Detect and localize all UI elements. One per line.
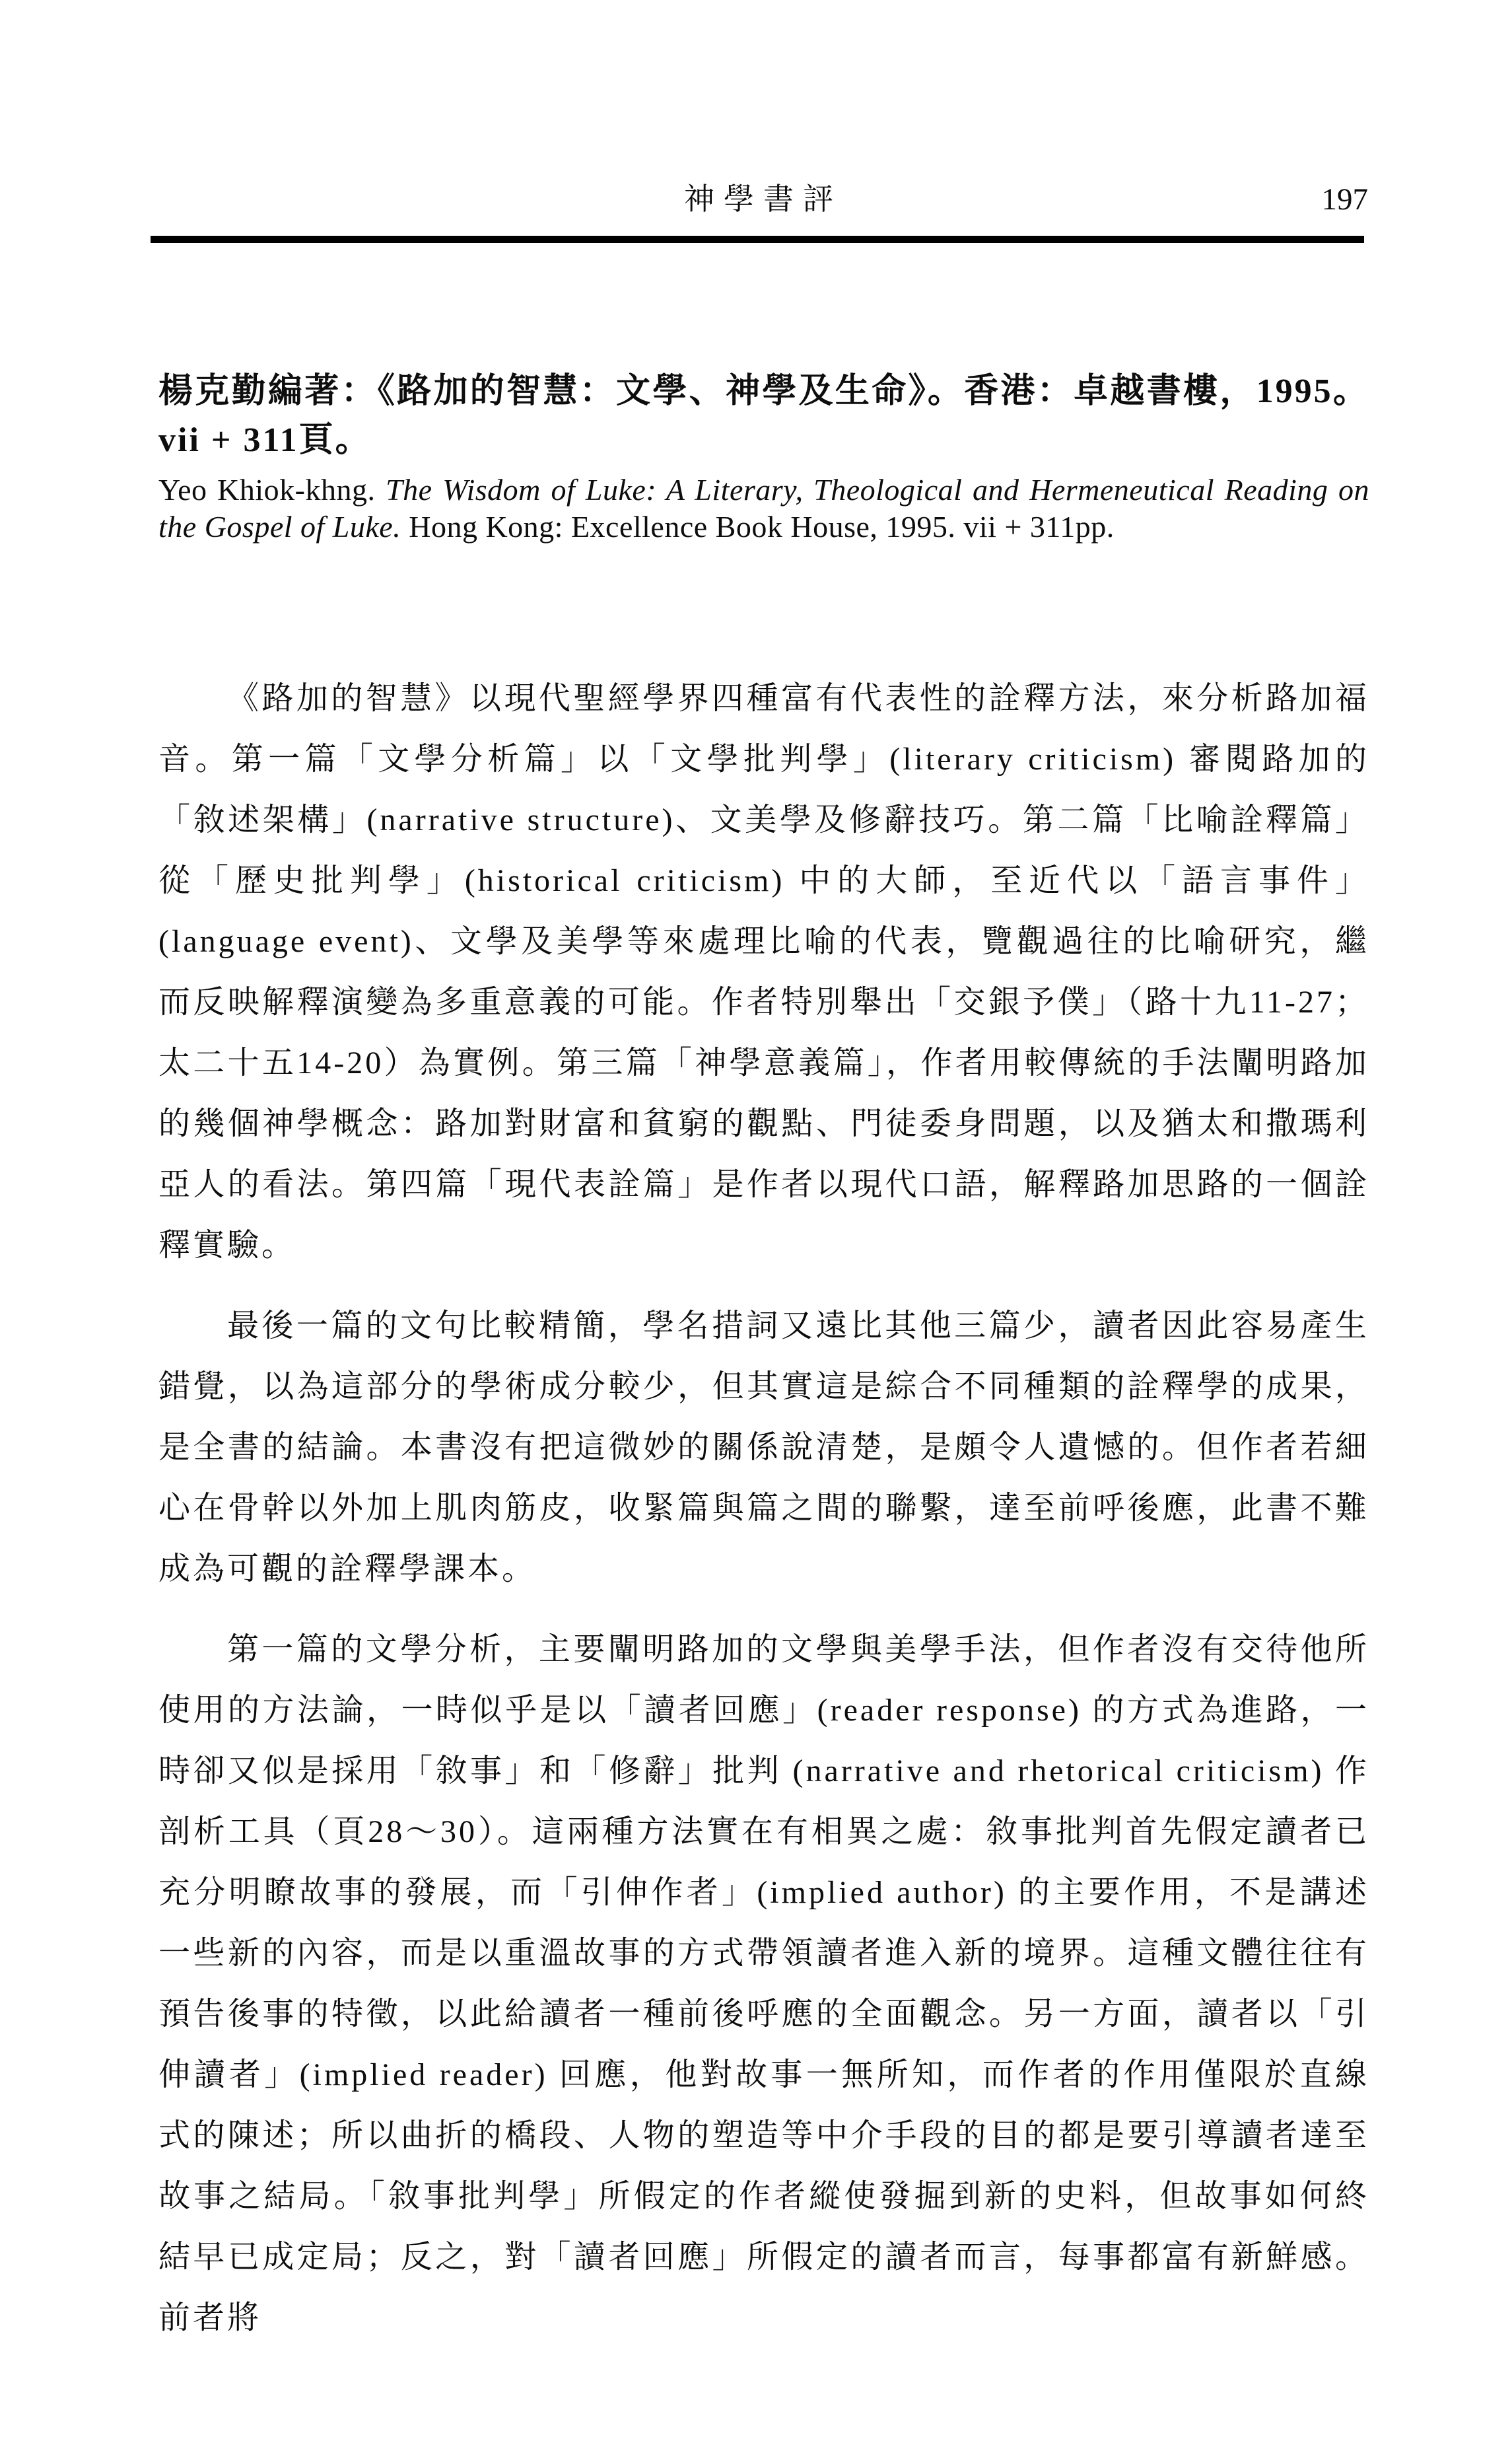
review-paragraph: 第一篇的文學分析，主要闡明路加的文學與美學手法，但作者沒有交待他所使用的方法論，… — [158, 1619, 1369, 2349]
book-citation: 楊克勤編著：《路加的智慧：文學、神學及生命》。香港：卓越書樓，1995。vii … — [158, 367, 1369, 546]
citation-chinese: 楊克勤編著：《路加的智慧：文學、神學及生命》。香港：卓越書樓，1995。vii … — [158, 367, 1369, 465]
citation-english-publisher: Hong Kong: Excellence Book House, 1995. … — [409, 510, 1114, 544]
running-header: 神學書評 197 — [158, 180, 1368, 221]
header-rule — [151, 236, 1364, 243]
review-paragraph: 《路加的智慧》以現代聖經學界四種富有代表性的詮釋方法，來分析路加福音。第一篇「文… — [158, 668, 1369, 1276]
review-paragraph: 最後一篇的文句比較精簡，學名措詞又遠比其他三篇少，讀者因此容易產生錯覺，以為這部… — [158, 1296, 1369, 1600]
citation-english-author: Yeo Khiok-khng. — [158, 473, 375, 507]
citation-english: Yeo Khiok-khng. The Wisdom of Luke: A Li… — [158, 472, 1369, 546]
page-number: 197 — [1322, 180, 1369, 219]
review-body: 《路加的智慧》以現代聖經學界四種富有代表性的詮釋方法，來分析路加福音。第一篇「文… — [158, 668, 1369, 2349]
journal-section-title: 神學書評 — [158, 180, 1368, 219]
scanned-journal-page: 神學書評 197 楊克勤編著：《路加的智慧：文學、神學及生命》。香港：卓越書樓，… — [0, 0, 1512, 2439]
